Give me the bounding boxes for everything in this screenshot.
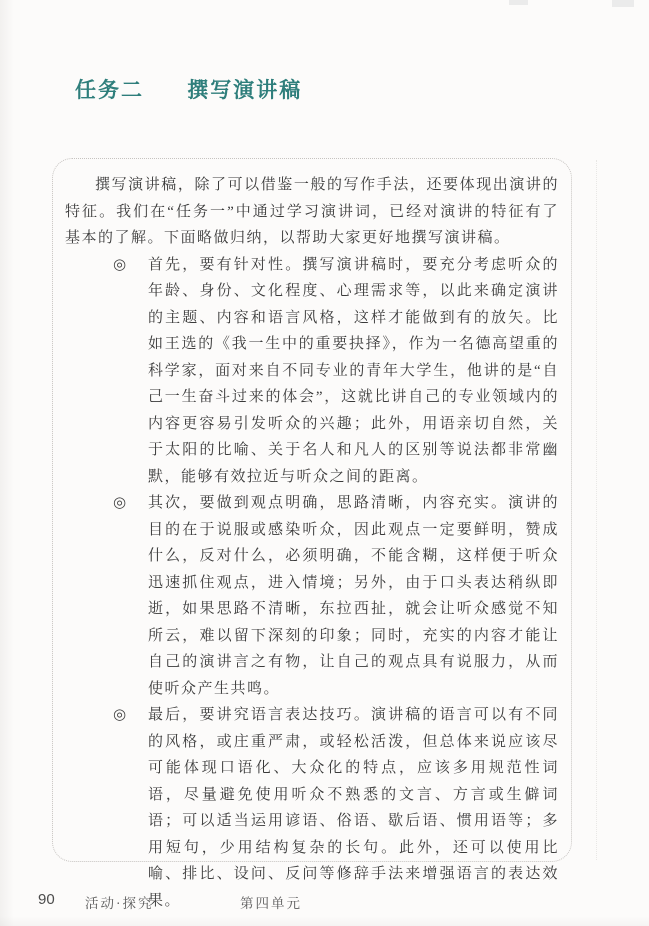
page-root: { "colors": { "accent_teal": "#2e7e7b", … — [0, 0, 649, 926]
bullet-text: 最后，要讲究语言表达技巧。演讲稿的语言可以有不同的风格，或庄重严肃，或轻松活泼，… — [148, 702, 559, 914]
scan-margin-texture — [596, 160, 597, 860]
intro-paragraph: 撰写演讲稿，除了可以借鉴一般的写作手法，还要体现出演讲的特征。我们在“任务一”中… — [65, 172, 559, 252]
unit-title: 第四单元 — [240, 892, 302, 912]
page-number: 90 — [38, 891, 55, 908]
section-header: 任务二 撰写演讲稿 — [75, 74, 302, 104]
bullet-text: 其次，要做到观点明确，思路清晰，内容充实。演讲的目的在于说服或感染听众，因此观点… — [148, 490, 559, 702]
bullet-item: ◎ 首先，要有针对性。撰写演讲稿时，要充分考虑听众的年龄、身份、文化程度、心理需… — [65, 252, 559, 491]
bullet-item: ◎ 最后，要讲究语言表达技巧。演讲稿的语言可以有不同的风格，或庄重严肃，或轻松活… — [65, 702, 559, 914]
content-box: 撰写演讲稿，除了可以借鉴一般的写作手法，还要体现出演讲的特征。我们在“任务一”中… — [52, 158, 572, 862]
page-edge-shading-bottom — [0, 916, 649, 926]
page-edge-shading-left — [0, 0, 14, 926]
bullet-marker: ◎ — [113, 252, 148, 491]
bullet-text: 首先，要有针对性。撰写演讲稿时，要充分考虑听众的年龄、身份、文化程度、心理需求等… — [148, 252, 559, 491]
task-title: 撰写演讲稿 — [187, 74, 302, 104]
bullet-marker: ◎ — [113, 490, 148, 702]
series-title: 活动·探究 — [85, 892, 154, 912]
task-number-label: 任务二 — [75, 74, 144, 104]
bullet-item: ◎ 其次，要做到观点明确，思路清晰，内容充实。演讲的目的在于说服或感染听众，因此… — [65, 490, 559, 702]
bullet-marker: ◎ — [113, 702, 148, 914]
scan-artifact — [612, 0, 634, 7]
scan-artifact — [509, 0, 528, 5]
